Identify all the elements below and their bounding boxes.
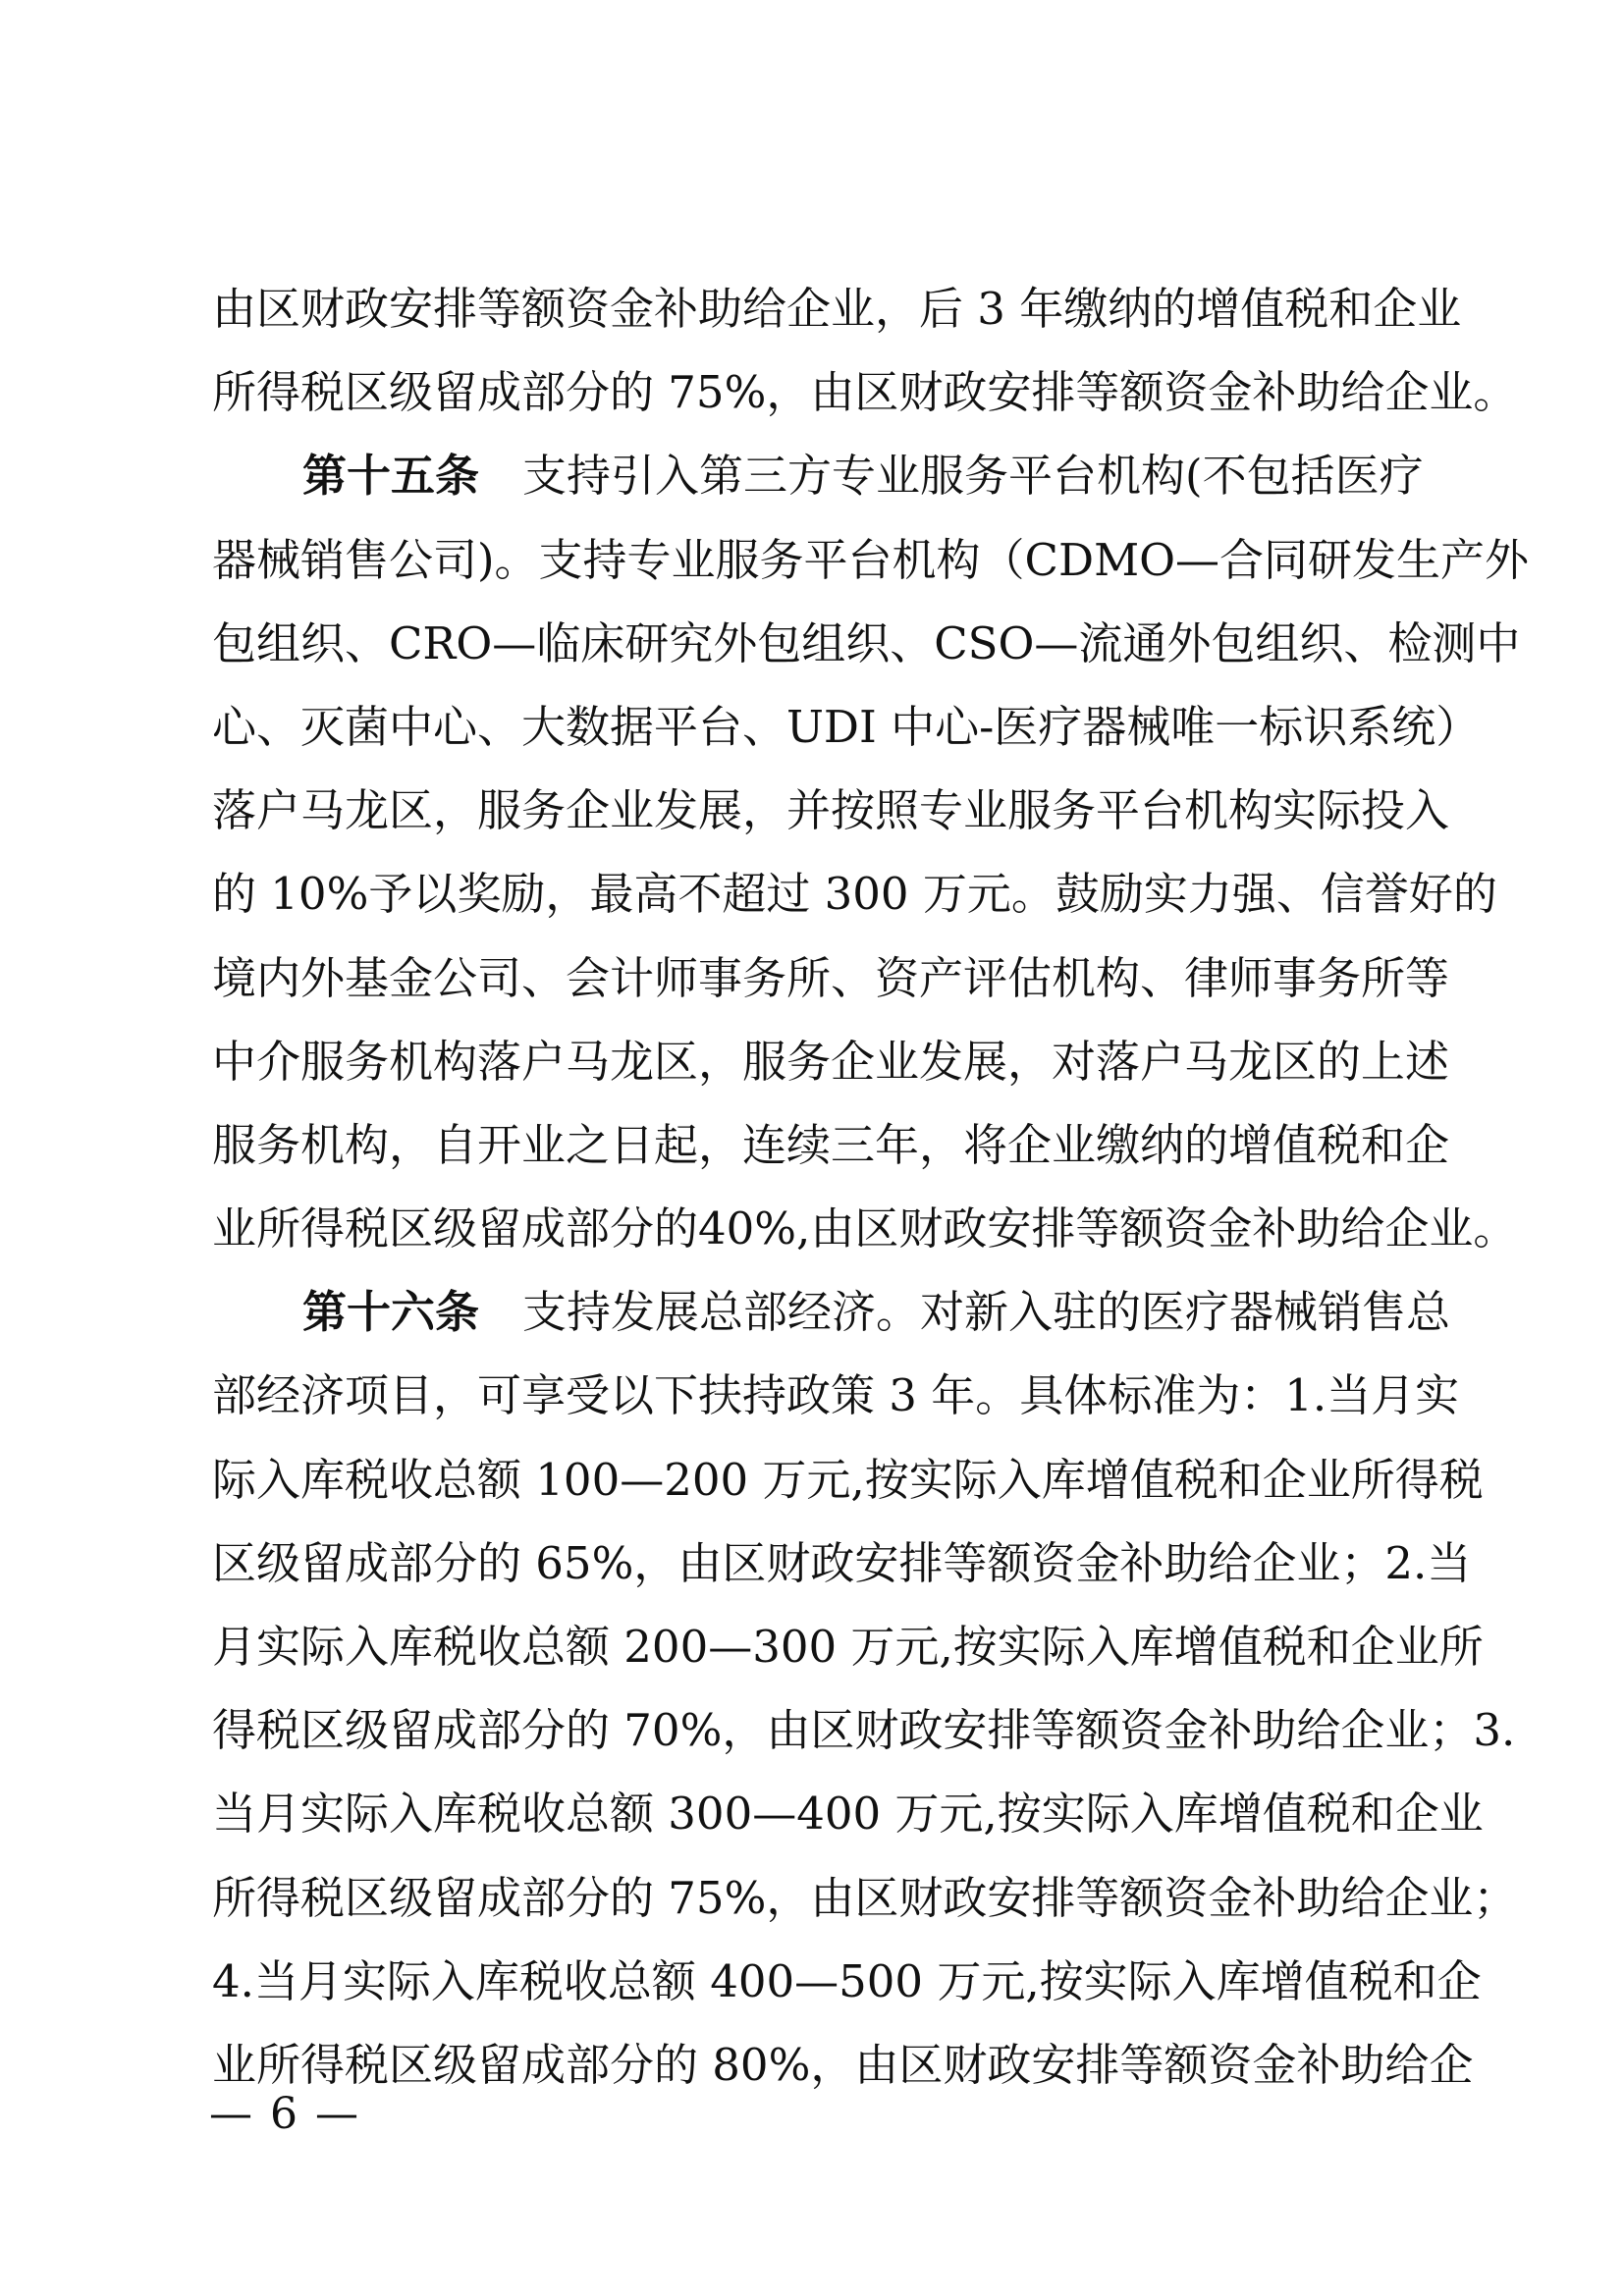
text-line: 心、灭菌中心、大数据平台、UDI 中心-医疗器械唯一标识系统） — [212, 698, 1406, 781]
text-line: 际入库税收总额 100—200 万元,按实际入库增值税和企业所得税 — [212, 1451, 1406, 1534]
text-line: 服务机构，自开业之日起，连续三年，将企业缴纳的增值税和企 — [212, 1116, 1406, 1200]
text-line: 包组织、CRO—临床研究外包组织、CSO—流通外包组织、检测中 — [212, 614, 1406, 698]
article-15-line: 第十五条支持引入第三方专业服务平台机构(不包括医疗 — [212, 447, 1406, 530]
text-line: 当月实际入库税收总额 300—400 万元,按实际入库增值税和企业 — [212, 1785, 1406, 1868]
article-heading: 第十五条 — [302, 450, 479, 502]
text-line: 器械销售公司)。支持专业服务平台机构（CDMO—合同研发生产外 — [212, 531, 1406, 614]
text-line: 月实际入库税收总额 200—300 万元,按实际入库增值税和企业所 — [212, 1618, 1406, 1701]
body-text: 由区财政安排等额资金补助给企业，后 3 年缴纳的增值税和企业 所得税区级留成部分… — [212, 280, 1406, 2119]
text-line: 所得税区级留成部分的 75%，由区财政安排等额资金补助给企业。 — [212, 363, 1406, 447]
text-line: 4.当月实际入库税收总额 400—500 万元,按实际入库增值税和企 — [212, 1952, 1406, 2036]
text-line: 业所得税区级留成部分的40%,由区财政安排等额资金补助给企业。 — [212, 1200, 1406, 1283]
text-line: 区级留成部分的 65%，由区财政安排等额资金补助给企业；2.当 — [212, 1534, 1406, 1618]
article-title: 支持引入第三方专业服务平台机构(不包括医疗 — [522, 450, 1424, 502]
text-line: 部经济项目，可享受以下扶持政策 3 年。具体标准为：1.当月实 — [212, 1366, 1406, 1450]
article-heading: 第十六条 — [302, 1286, 479, 1338]
text-line: 由区财政安排等额资金补助给企业，后 3 年缴纳的增值税和企业 — [212, 280, 1406, 363]
text-line: 业所得税区级留成部分的 80%，由区财政安排等额资金补助给企 — [212, 2036, 1406, 2119]
text-line: 境内外基金公司、会计师事务所、资产评估机构、律师事务所等 — [212, 949, 1406, 1033]
article-title: 支持发展总部经济。对新入驻的医疗器械销售总 — [522, 1286, 1450, 1338]
text-line: 所得税区级留成部分的 75%，由区财政安排等额资金补助给企业； — [212, 1869, 1406, 1952]
text-line: 中介服务机构落户马龙区，服务企业发展，对落户马龙区的上述 — [212, 1033, 1406, 1116]
text-line: 落户马龙区，服务企业发展，并按照专业服务平台机构实际投入 — [212, 781, 1406, 865]
document-page: 由区财政安排等额资金补助给企业，后 3 年缴纳的增值税和企业 所得税区级留成部分… — [0, 0, 1624, 2296]
text-line: 的 10%予以奖励，最高不超过 300 万元。鼓励实力强、信誉好的 — [212, 865, 1406, 948]
article-16-line: 第十六条支持发展总部经济。对新入驻的医疗器械销售总 — [212, 1283, 1406, 1366]
text-line: 得税区级留成部分的 70%，由区财政安排等额资金补助给企业；3. — [212, 1701, 1406, 1785]
page-number: — 6 — — [209, 2089, 360, 2139]
